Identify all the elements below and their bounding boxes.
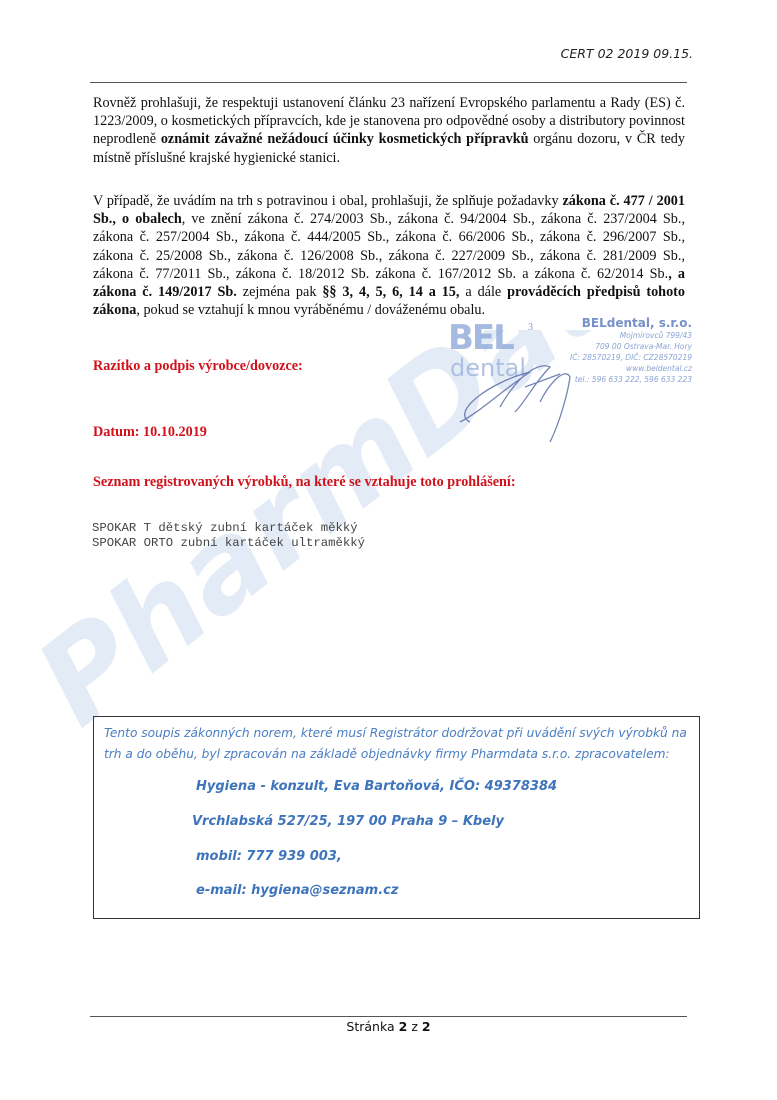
page-number: Stránka 2 z 2 bbox=[0, 1019, 777, 1034]
contact-address: Vrchlabská 527/25, 197 00 Praha 9 – Kbel… bbox=[192, 814, 504, 829]
cosmetics-declaration-paragraph: Rovněž prohlašuji, že respektuji ustanov… bbox=[93, 94, 685, 167]
company-stamp: BEL dental 3 BELdental, s.r.o. Mojmírovc… bbox=[430, 312, 690, 442]
product-item: SPOKAR ORTO zubní kartáček ultraměkký bbox=[92, 536, 365, 551]
products-heading: Seznam registrovaných výrobků, na které … bbox=[93, 474, 516, 491]
header-divider bbox=[90, 82, 687, 83]
processor-info-box: Tento soupis zákonných norem, které musí… bbox=[93, 716, 700, 919]
paragraph-text: , ve znění zákona č. 274/2003 Sb., zákon… bbox=[93, 211, 685, 282]
page-label: Stránka bbox=[346, 1019, 394, 1034]
product-list: SPOKAR T dětský zubní kartáček měkkýSPOK… bbox=[92, 521, 365, 551]
product-item: SPOKAR T dětský zubní kartáček měkký bbox=[92, 521, 365, 536]
signature bbox=[430, 312, 690, 442]
paragraph-text: zejména pak bbox=[237, 284, 322, 300]
document-page: PharmData s.r.o. CERT 02 2019 09.15. Rov… bbox=[0, 0, 777, 1100]
contact-mobile: mobil: 777 939 003, bbox=[196, 849, 342, 864]
paragraph-text: a dále bbox=[459, 284, 507, 300]
packaging-declaration-paragraph: V případě, že uvádím na trh s potravinou… bbox=[93, 192, 685, 319]
contact-name: Hygiena - konzult, Eva Bartoňová, IČO: 4… bbox=[196, 779, 557, 794]
current-page: 2 bbox=[399, 1019, 408, 1034]
paragraph-text: V případě, že uvádím na trh s potravinou… bbox=[93, 193, 563, 209]
paragraph-bold-text: §§ 3, 4, 5, 6, 14 a 15, bbox=[322, 284, 459, 300]
date-label: Datum: 10.10.2019 bbox=[93, 424, 207, 441]
footer-divider bbox=[90, 1016, 687, 1017]
document-reference: CERT 02 2019 09.15. bbox=[561, 46, 693, 61]
stamp-signature-label: Razítko a podpis výrobce/dovozce: bbox=[93, 358, 303, 375]
info-intro: Tento soupis zákonných norem, které musí… bbox=[104, 723, 694, 765]
page-separator: z bbox=[411, 1019, 418, 1034]
total-pages: 2 bbox=[422, 1019, 431, 1034]
paragraph-bold-text: oznámit závažné nežádoucí účinky kosmeti… bbox=[161, 131, 529, 147]
contact-email: e-mail: hygiena@seznam.cz bbox=[196, 883, 398, 898]
